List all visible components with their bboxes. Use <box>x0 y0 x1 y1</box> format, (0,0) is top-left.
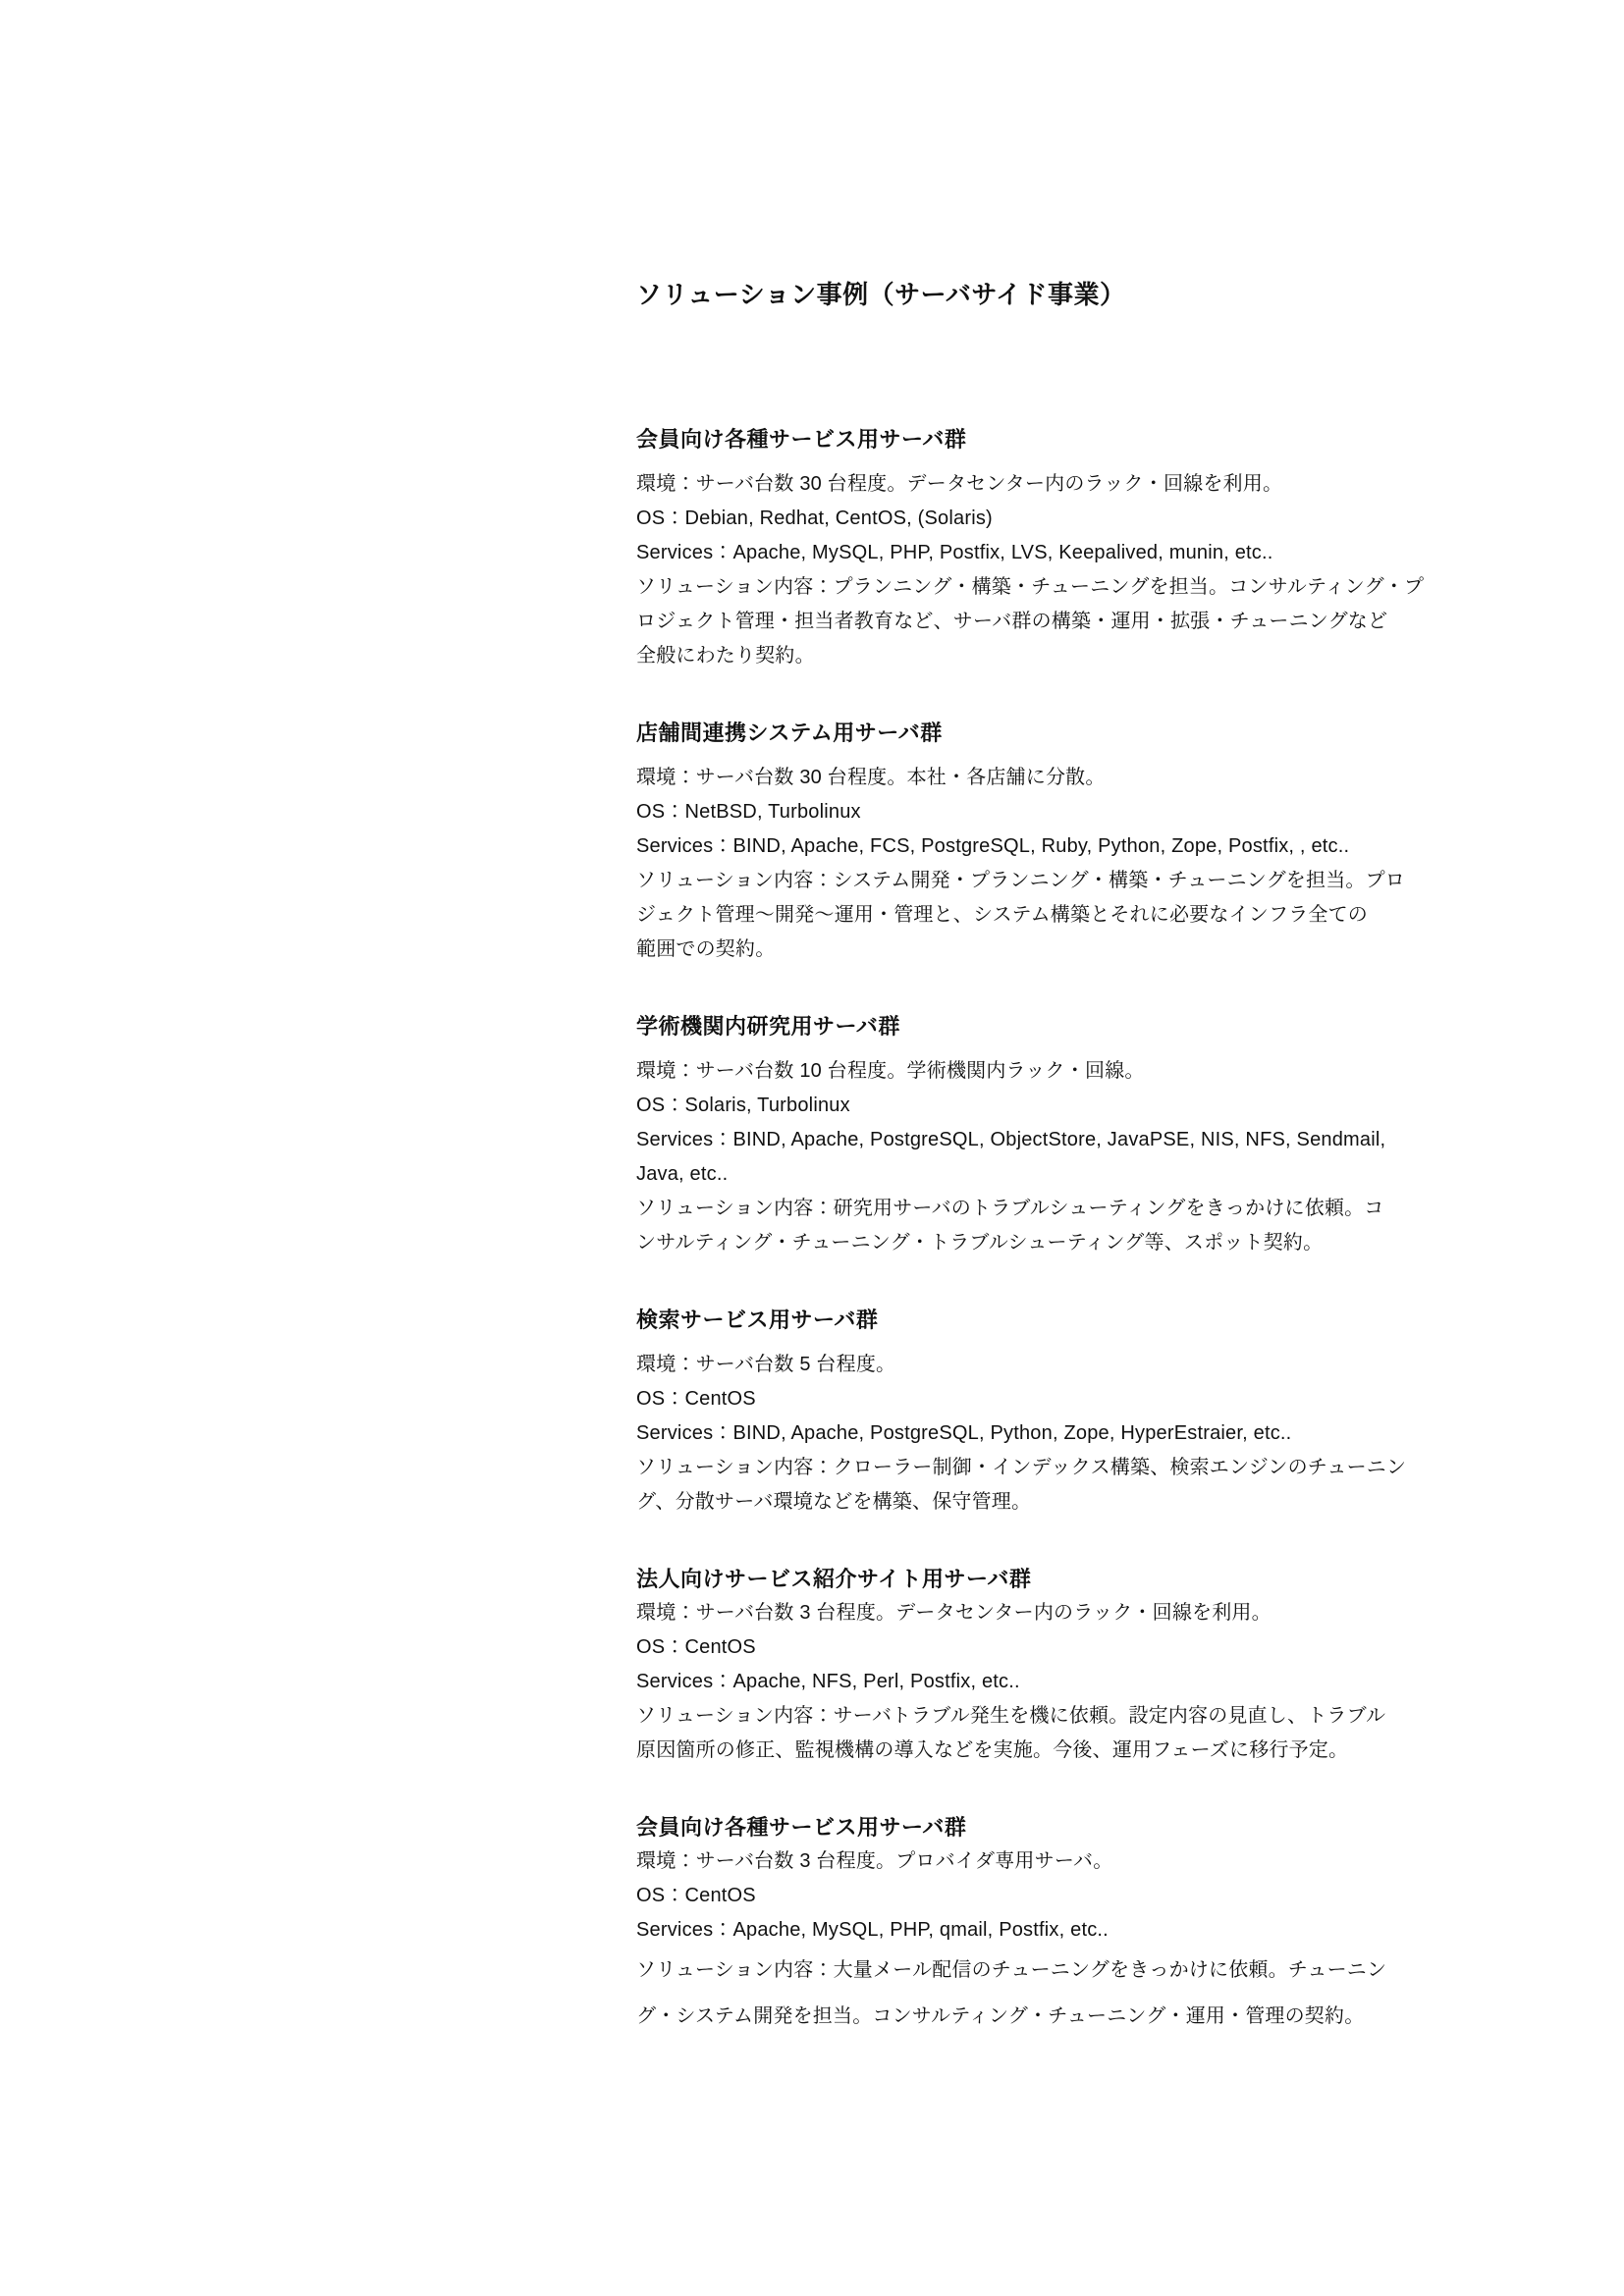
section-heading: 法人向けサービス紹介サイト用サーバ群 <box>636 1565 1520 1594</box>
section-line: 環境：サーバ台数 5 台程度。 <box>636 1348 1520 1382</box>
section-line: ソリューション内容：クローラー制御・インデックス構築、検索エンジンのチューニン <box>636 1451 1520 1485</box>
section-body: 環境：サーバ台数 30 台程度。本社・各店舗に分散。OS：NetBSD, Tur… <box>636 761 1520 967</box>
section-line: OS：Solaris, Turbolinux <box>636 1089 1520 1123</box>
solution-case-section: 学術機関内研究用サーバ群 環境：サーバ台数 10 台程度。学術機関内ラック・回線… <box>636 1012 1520 1260</box>
section-body: 環境：サーバ台数 10 台程度。学術機関内ラック・回線。OS：Solaris, … <box>636 1054 1520 1260</box>
section-body: 環境：サーバ台数 3 台程度。プロバイダ専用サーバ。OS：CentOSServi… <box>636 1844 1520 2040</box>
section-line: 環境：サーバ台数 30 台程度。データセンター内のラック・回線を利用。 <box>636 467 1520 502</box>
solution-case-section: 会員向け各種サービス用サーバ群 環境：サーバ台数 30 台程度。データセンター内… <box>636 425 1520 673</box>
section-line: Java, etc.. <box>636 1157 1520 1192</box>
section-line: 環境：サーバ台数 30 台程度。本社・各店舗に分散。 <box>636 761 1520 795</box>
section-heading: 会員向け各種サービス用サーバ群 <box>636 1813 1520 1842</box>
section-line: Services：BIND, Apache, PostgreSQL, Objec… <box>636 1123 1520 1157</box>
section-line: OS：CentOS <box>636 1382 1520 1416</box>
section-line: グ・システム開発を担当。コンサルティング・チューニング・運用・管理の契約。 <box>636 1994 1520 2040</box>
section-line: Services：BIND, Apache, FCS, PostgreSQL, … <box>636 829 1520 864</box>
section-line: ソリューション内容：システム開発・プランニング・構築・チューニングを担当。プロ <box>636 864 1520 898</box>
section-line: ロジェクト管理・担当者教育など、サーバ群の構築・運用・拡張・チューニングなど <box>636 605 1520 639</box>
section-line: OS：Debian, Redhat, CentOS, (Solaris) <box>636 502 1520 536</box>
section-heading: 学術機関内研究用サーバ群 <box>636 1012 1520 1041</box>
section-line: 環境：サーバ台数 3 台程度。データセンター内のラック・回線を利用。 <box>636 1596 1520 1630</box>
section-line: ソリューション内容：大量メール配信のチューニングをきっかけに依頼。チューニン <box>636 1948 1520 1994</box>
section-line: Services：BIND, Apache, PostgreSQL, Pytho… <box>636 1416 1520 1451</box>
section-body: 環境：サーバ台数 5 台程度。OS：CentOSServices：BIND, A… <box>636 1348 1520 1520</box>
section-line: OS：NetBSD, Turbolinux <box>636 795 1520 829</box>
solution-case-section: 法人向けサービス紹介サイト用サーバ群 環境：サーバ台数 3 台程度。データセンタ… <box>636 1565 1520 1768</box>
section-body: 環境：サーバ台数 3 台程度。データセンター内のラック・回線を利用。OS：Cen… <box>636 1596 1520 1768</box>
section-line: グ、分散サーバ環境などを構築、保守管理。 <box>636 1485 1520 1520</box>
section-line: 全般にわたり契約。 <box>636 639 1520 673</box>
section-line: Services：Apache, NFS, Perl, Postfix, etc… <box>636 1665 1520 1699</box>
section-line: Services：Apache, MySQL, PHP, qmail, Post… <box>636 1913 1520 1948</box>
section-body: 環境：サーバ台数 30 台程度。データセンター内のラック・回線を利用。OS：De… <box>636 467 1520 673</box>
section-line: 環境：サーバ台数 10 台程度。学術機関内ラック・回線。 <box>636 1054 1520 1089</box>
section-line: OS：CentOS <box>636 1630 1520 1665</box>
sections-list: 会員向け各種サービス用サーバ群 環境：サーバ台数 30 台程度。データセンター内… <box>636 425 1520 2040</box>
section-line: ソリューション内容：サーバトラブル発生を機に依頼。設定内容の見直し、トラブル <box>636 1699 1520 1734</box>
solution-case-section: 店舗間連携システム用サーバ群 環境：サーバ台数 30 台程度。本社・各店舗に分散… <box>636 719 1520 967</box>
section-line: ソリューション内容：プランニング・構築・チューニングを担当。コンサルティング・プ <box>636 570 1520 605</box>
section-line: 範囲での契約。 <box>636 933 1520 967</box>
section-line: 原因箇所の修正、監視機構の導入などを実施。今後、運用フェーズに移行予定。 <box>636 1734 1520 1768</box>
section-line: Services：Apache, MySQL, PHP, Postfix, LV… <box>636 536 1520 570</box>
section-heading: 会員向け各種サービス用サーバ群 <box>636 425 1520 454</box>
section-line: 環境：サーバ台数 3 台程度。プロバイダ専用サーバ。 <box>636 1844 1520 1879</box>
document-page: ソリューション事例（サーバサイド事業） 会員向け各種サービス用サーバ群 環境：サ… <box>636 278 1520 2040</box>
section-heading: 検索サービス用サーバ群 <box>636 1306 1520 1335</box>
section-line: ンサルティング・チューニング・トラブルシューティング等、スポット契約。 <box>636 1226 1520 1260</box>
section-line: OS：CentOS <box>636 1879 1520 1913</box>
page-title: ソリューション事例（サーバサイド事業） <box>636 278 1520 311</box>
section-line: ソリューション内容：研究用サーバのトラブルシューティングをきっかけに依頼。コ <box>636 1192 1520 1226</box>
solution-case-section: 検索サービス用サーバ群 環境：サーバ台数 5 台程度。OS：CentOSServ… <box>636 1306 1520 1520</box>
solution-case-section: 会員向け各種サービス用サーバ群 環境：サーバ台数 3 台程度。プロバイダ専用サー… <box>636 1813 1520 2040</box>
section-line: ジェクト管理～開発～運用・管理と、システム構築とそれに必要なインフラ全ての <box>636 898 1520 933</box>
section-heading: 店舗間連携システム用サーバ群 <box>636 719 1520 748</box>
